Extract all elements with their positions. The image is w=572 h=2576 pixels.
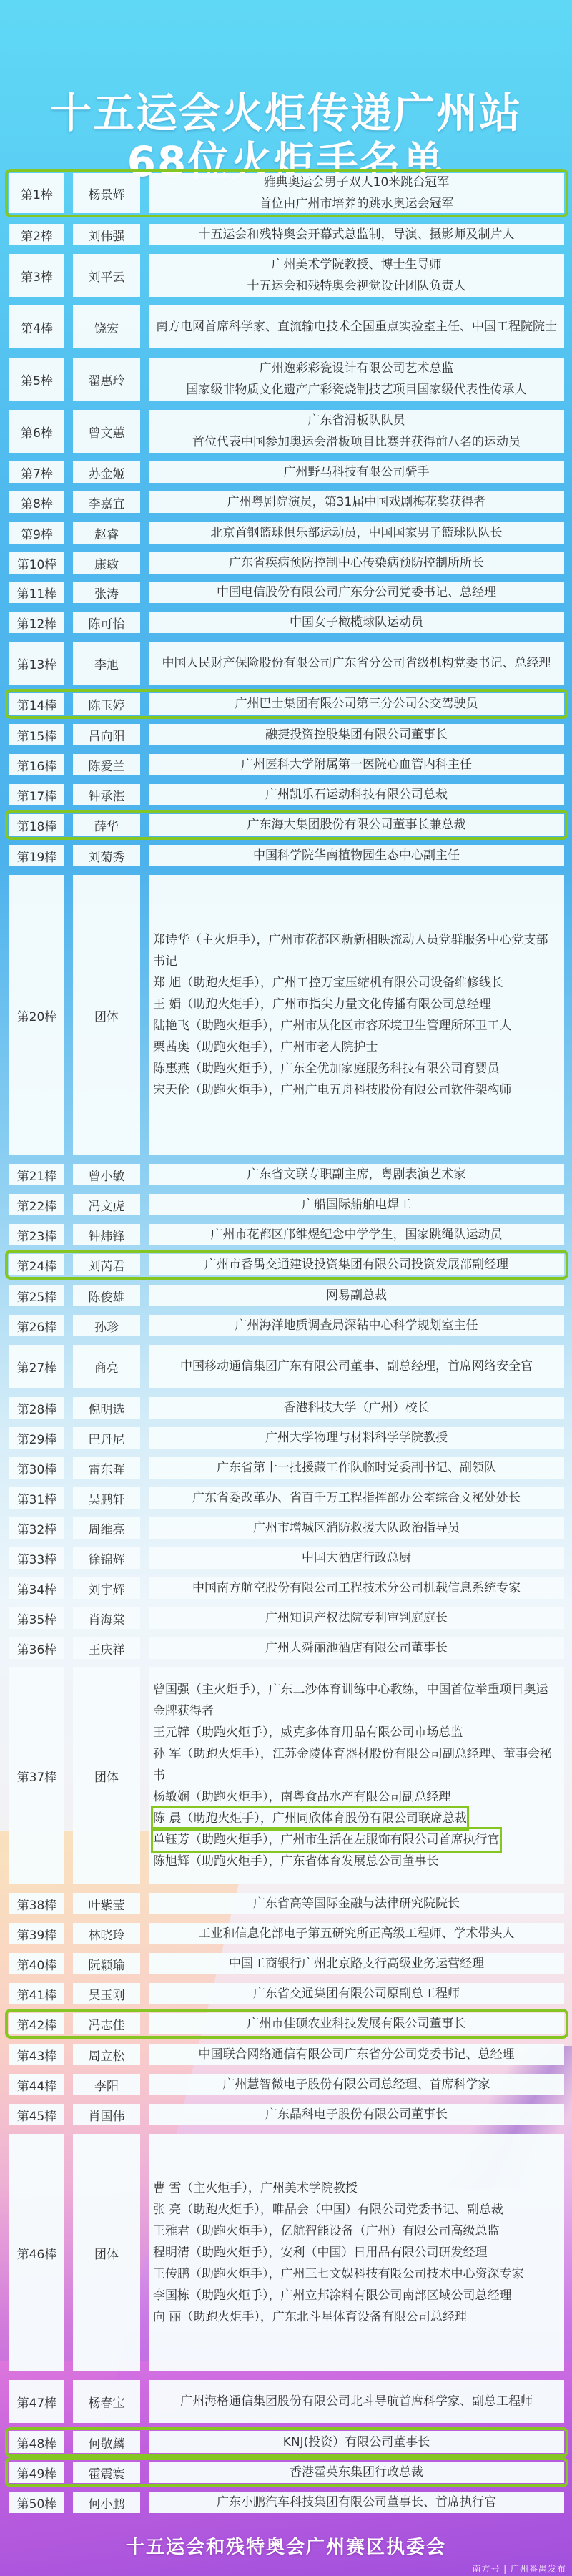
torchbearer-title: 中国女子橄榄球队运动员 bbox=[149, 612, 564, 633]
torchbearer-name: 吴鹏轩 bbox=[73, 1487, 140, 1509]
relay-number: 第18棒 bbox=[9, 814, 64, 836]
torchbearer-name: 孙珍 bbox=[73, 1315, 140, 1336]
title-line: 广州粤剧院演员，第31届中国戏剧梅花奖获得者 bbox=[227, 491, 486, 513]
title-line: 中国女子橄榄球队运动员 bbox=[290, 612, 423, 633]
torchbearer-name: 倪明选 bbox=[73, 1397, 140, 1419]
torchbearer-title: 广州粤剧院演员，第31届中国戏剧梅花奖获得者 bbox=[149, 491, 564, 513]
table-row: 第10棒康敏广东省疾病预防控制中心传染病预防控制所所长 bbox=[9, 552, 564, 574]
title-line: 国家级非物质文化遗产广彩瓷烧制技艺项目国家级代表性传承人 bbox=[187, 379, 527, 401]
title-line: 网易副总裁 bbox=[326, 1285, 387, 1306]
team-members: 曾国强（主火炬手），广东二沙体育训练中心教练，中国首位举重项目奥运金牌获得者王元… bbox=[149, 1667, 564, 1884]
table-row: 第31棒吴鹏轩广东省委改革办、省百千万工程指挥部办公室综合文秘处处长 bbox=[9, 1487, 564, 1509]
title-line: 广州医科大学附属第一医院心血管内科主任 bbox=[241, 754, 472, 775]
table-row: 第21棒曾小敏广东省文联专职副主席，粤剧表演艺术家 bbox=[9, 1164, 564, 1185]
torchbearer-name: 冯文虎 bbox=[73, 1194, 140, 1215]
torchbearer-name: 冯志佳 bbox=[73, 2013, 140, 2034]
table-row: 第17棒钟承湛广州凯乐石运动科技有限公司总裁 bbox=[9, 784, 564, 805]
relay-number: 第23棒 bbox=[9, 1224, 64, 1245]
team-member: 栗茜奥（助跑火炬手），广州市老人院护士 bbox=[153, 1037, 378, 1058]
relay-number: 第37棒 bbox=[9, 1667, 64, 1884]
team-member: 郑诗华（主火炬手），广州市花都区新新相映流动人员党群服务中心党支部书记 bbox=[153, 929, 560, 972]
table-row: 第18棒薛华广东海大集团股份有限公司董事长兼总裁 bbox=[9, 814, 564, 836]
relay-number: 第9棒 bbox=[9, 522, 64, 544]
torchbearer-title: 广东省文联专职副主席，粤剧表演艺术家 bbox=[149, 1164, 564, 1185]
table-row: 第45棒肖国伟广东晶科电子股份有限公司董事长 bbox=[9, 2104, 564, 2125]
torchbearer-title: 广东晶科电子股份有限公司董事长 bbox=[149, 2104, 564, 2125]
torchbearer-name: 团体 bbox=[73, 2134, 140, 2371]
title-line: 中国科学院华南植物园生态中心副主任 bbox=[253, 845, 460, 866]
table-row: 第46棒团体曹 雪（主火炬手），广州美术学院教授张 亮（助跑火炬手），唯品会（中… bbox=[9, 2134, 564, 2371]
team-member: 郑 旭（助跑火炬手），广州工控万宝压缩机有限公司设备维修线长 bbox=[153, 972, 503, 994]
relay-number: 第21棒 bbox=[9, 1164, 64, 1185]
table-row: 第8棒李嘉宜广州粤剧院演员，第31届中国戏剧梅花奖获得者 bbox=[9, 491, 564, 513]
torchbearer-name: 曾小敏 bbox=[73, 1164, 140, 1185]
title-line: 中国移动通信集团广东有限公司董事、副总经理，首席网络安全官 bbox=[180, 1356, 533, 1377]
relay-number: 第42棒 bbox=[9, 2013, 64, 2034]
table-row: 第11棒张涛中国电信股份有限公司广东分公司党委书记、总经理 bbox=[9, 582, 564, 603]
torchbearer-title: 中国科学院华南植物园生态中心副主任 bbox=[149, 845, 564, 866]
relay-number: 第50棒 bbox=[9, 2492, 64, 2513]
table-row: 第37棒团体曾国强（主火炬手），广东二沙体育训练中心教练，中国首位举重项目奥运金… bbox=[9, 1667, 564, 1884]
relay-number: 第25棒 bbox=[9, 1285, 64, 1306]
torchbearer-name: 杨春宝 bbox=[73, 2380, 140, 2423]
torchbearer-name: 王庆祥 bbox=[73, 1637, 140, 1659]
torchbearer-title: 中国南方航空股份有限公司工程技术分公司机载信息系统专家 bbox=[149, 1577, 564, 1599]
title-line: 广州凯乐石运动科技有限公司总裁 bbox=[265, 784, 448, 805]
torchbearer-title: 网易副总裁 bbox=[149, 1285, 564, 1306]
table-row: 第47棒杨春宝广州海格通信集团股份有限公司北斗导航首席科学家、副总工程师 bbox=[9, 2380, 564, 2423]
torchbearer-title: 十五运会和残特奥会开幕式总监制，导演、摄影师及制片人 bbox=[149, 224, 564, 245]
torchbearer-name: 李阳 bbox=[73, 2074, 140, 2095]
relay-number: 第19棒 bbox=[9, 845, 64, 866]
title-line: 广州海洋地质调查局深钻中心科学规划室主任 bbox=[235, 1315, 478, 1336]
torchbearer-title: 广州市花都区邝维煜纪念中学学生，国家跳绳队运动员 bbox=[149, 1224, 564, 1245]
torchbearer-title: 雅典奥运会男子双人10米跳台冠军首位由广州市培养的跳水奥运会冠军 bbox=[149, 173, 564, 213]
torchbearer-title: 广东省高等国际金融与法律研究院院长 bbox=[149, 1893, 564, 1914]
torchbearer-name: 刘伟强 bbox=[73, 224, 140, 245]
torchbearer-name: 团体 bbox=[73, 875, 140, 1155]
title-line: 广东省疾病预防控制中心传染病预防控制所所长 bbox=[229, 552, 484, 574]
torchbearer-name: 雷东晖 bbox=[73, 1457, 140, 1479]
team-member: 李国栋（助跑火炬手），广州立邦涂料有限公司南部区域公司总经理 bbox=[153, 2285, 512, 2306]
torchbearer-name: 吴玉刚 bbox=[73, 1983, 140, 2004]
torchbearer-title: 广州野马科技有限公司骑手 bbox=[149, 461, 564, 483]
title-line: 首位代表中国参加奥运会滑板项目比赛并获得前八名的运动员 bbox=[192, 431, 521, 453]
title-line: 广州市番禺交通建设投资集团有限公司投资发展部副经理 bbox=[204, 1254, 508, 1275]
table-row: 第32棒周维亮广州市增城区消防救援大队政治指导员 bbox=[9, 1517, 564, 1539]
title-line: 中国人民财产保险股份有限公司广东省分公司省级机构党委书记、总经理 bbox=[162, 652, 551, 674]
relay-number: 第16棒 bbox=[9, 754, 64, 775]
title-line: 广东海大集团股份有限公司董事长兼总裁 bbox=[247, 814, 466, 836]
relay-number: 第5棒 bbox=[9, 358, 64, 401]
torchbearer-name: 钟炜锋 bbox=[73, 1224, 140, 1245]
torchbearer-name: 陈爱兰 bbox=[73, 754, 140, 775]
title-line: 十五运会和残特奥会开幕式总监制，导演、摄影师及制片人 bbox=[199, 224, 515, 245]
title-line: 香港科技大学（广州）校长 bbox=[284, 1397, 430, 1419]
table-row: 第22棒冯文虎广船国际船舶电焊工 bbox=[9, 1194, 564, 1215]
table-row: 第44棒李阳广州慧智微电子股份有限公司总经理、首席科学家 bbox=[9, 2074, 564, 2095]
torchbearer-name: 团体 bbox=[73, 1667, 140, 1884]
torchbearer-title: 香港霍英东集团行政总裁 bbox=[149, 2462, 564, 2483]
relay-number: 第6棒 bbox=[9, 410, 64, 453]
team-member: 陈惠燕（助跑火炬手），广东全优加家庭服务科技有限公司育婴员 bbox=[153, 1058, 500, 1079]
torchbearer-title: 广东小鹏汽车科技集团有限公司董事长、首席执行官 bbox=[149, 2492, 564, 2513]
relay-number: 第41棒 bbox=[9, 1983, 64, 2004]
torchbearer-title: 工业和信息化部电子第五研究所正高级工程师、学术带头人 bbox=[149, 1923, 564, 1944]
table-row: 第27棒商亮中国移动通信集团广东有限公司董事、副总经理，首席网络安全官 bbox=[9, 1345, 564, 1388]
relay-number: 第3棒 bbox=[9, 254, 64, 297]
relay-number: 第40棒 bbox=[9, 1953, 64, 1974]
relay-number: 第2棒 bbox=[9, 224, 64, 245]
torchbearer-name: 霍震寰 bbox=[73, 2462, 140, 2483]
title-line: 工业和信息化部电子第五研究所正高级工程师、学术带头人 bbox=[199, 1923, 515, 1944]
torchbearer-name: 何小鹏 bbox=[73, 2492, 140, 2513]
team-members: 郑诗华（主火炬手），广州市花都区新新相映流动人员党群服务中心党支部书记郑 旭（助… bbox=[149, 875, 564, 1155]
torchbearer-name: 刘平云 bbox=[73, 254, 140, 297]
relay-number: 第34棒 bbox=[9, 1577, 64, 1599]
torchbearer-title: 广州海格通信集团股份有限公司北斗导航首席科学家、副总工程师 bbox=[149, 2380, 564, 2423]
team-member: 王 娟（助跑火炬手），广州市指尖力量文化传播有限公司总经理 bbox=[153, 994, 491, 1015]
torchbearer-name: 周立松 bbox=[73, 2044, 140, 2065]
title-line: 中国大酒店行政总厨 bbox=[302, 1547, 411, 1569]
relay-number: 第4棒 bbox=[9, 305, 64, 348]
torchbearer-title: 广州巴士集团有限公司第三分公司公交驾驶员 bbox=[149, 693, 564, 715]
table-row: 第3棒刘平云广州美术学院教授、博士生导师十五运会和残特奥会视觉设计团队负责人 bbox=[9, 254, 564, 297]
table-row: 第36棒王庆祥广州大舜丽池酒店有限公司董事长 bbox=[9, 1637, 564, 1659]
title-line: 广东省第十一批援藏工作队临时党委副书记、副领队 bbox=[217, 1457, 496, 1479]
relay-number: 第48棒 bbox=[9, 2431, 64, 2453]
torchbearer-name: 林晓玲 bbox=[73, 1923, 140, 1944]
torchbearer-name: 吕向阳 bbox=[73, 724, 140, 745]
relay-number: 第39棒 bbox=[9, 1923, 64, 1944]
torchbearer-title: 融捷投资控股集团有限公司董事长 bbox=[149, 724, 564, 745]
torchbearer-name: 苏金姬 bbox=[73, 461, 140, 483]
relay-number: 第29棒 bbox=[9, 1427, 64, 1449]
table-row: 第9棒赵睿北京首钢篮球俱乐部运动员，中国国家男子篮球队队长 bbox=[9, 522, 564, 544]
title-line: 北京首钢篮球俱乐部运动员，中国国家男子篮球队队长 bbox=[211, 522, 503, 544]
title-line: 中国工商银行广州北京路支行高级业务运营经理 bbox=[229, 1953, 484, 1974]
torchbearer-name: 钟承湛 bbox=[73, 784, 140, 805]
relay-number: 第30棒 bbox=[9, 1457, 64, 1479]
table-row: 第50棒何小鹏广东小鹏汽车科技集团有限公司董事长、首席执行官 bbox=[9, 2492, 564, 2513]
relay-number: 第20棒 bbox=[9, 875, 64, 1155]
table-row: 第15棒吕向阳融捷投资控股集团有限公司董事长 bbox=[9, 724, 564, 745]
team-member: 王传鹏（助跑火炬手），广州三七文娱科技有限公司技术中心资深专家 bbox=[153, 2263, 524, 2285]
torchbearer-name: 周维亮 bbox=[73, 1517, 140, 1539]
table-row: 第1棒杨景辉雅典奥运会男子双人10米跳台冠军首位由广州市培养的跳水奥运会冠军 bbox=[9, 173, 564, 213]
title-line: 广州知识产权法院专利审判庭庭长 bbox=[265, 1607, 448, 1629]
title-line: 广州海格通信集团股份有限公司北斗导航首席科学家、副总工程师 bbox=[180, 2391, 533, 2412]
relay-number: 第31棒 bbox=[9, 1487, 64, 1509]
torchbearer-title: 广东海大集团股份有限公司董事长兼总裁 bbox=[149, 814, 564, 836]
torchbearer-title: 中国大酒店行政总厨 bbox=[149, 1547, 564, 1569]
relay-number: 第44棒 bbox=[9, 2074, 64, 2095]
torchbearer-title: KNJ(投资）有限公司董事长 bbox=[149, 2431, 564, 2453]
team-member: 陈旭辉（助跑火炬手），广东省体育发展总公司董事长 bbox=[153, 1851, 439, 1872]
team-member: 向 丽（助跑火炬手），广东北斗星体育设备有限公司总经理 bbox=[153, 2306, 467, 2328]
title-line: 广州市增城区消防救援大队政治指导员 bbox=[253, 1517, 460, 1539]
relay-number: 第28棒 bbox=[9, 1397, 64, 1419]
torchbearer-title: 广州逸彩彩瓷设计有限公司艺术总监国家级非物质文化遗产广彩瓷烧制技艺项目国家级代表… bbox=[149, 358, 564, 401]
organizer-footer: 十五运会和残特奥会广州赛区执委会 bbox=[0, 2532, 572, 2559]
team-member: 陆艳飞（助跑火炬手），广州市从化区市容环境卫生管理所环卫工人 bbox=[153, 1015, 512, 1037]
table-row: 第38棒叶紫莹广东省高等国际金融与法律研究院院长 bbox=[9, 1893, 564, 1914]
torchbearer-name: 李旭 bbox=[73, 642, 140, 685]
torchbearer-title: 广州海洋地质调查局深钻中心科学规划室主任 bbox=[149, 1315, 564, 1336]
torchbearer-title: 广州大舜丽池酒店有限公司董事长 bbox=[149, 1637, 564, 1659]
table-row: 第29棒巴丹尼广州大学物理与材料科学学院教授 bbox=[9, 1427, 564, 1449]
torchbearer-name: 刘宇辉 bbox=[73, 1577, 140, 1599]
relay-number: 第14棒 bbox=[9, 693, 64, 715]
torchbearer-name: 刘芮君 bbox=[73, 1254, 140, 1275]
relay-number: 第17棒 bbox=[9, 784, 64, 805]
title-line: 广州野马科技有限公司骑手 bbox=[284, 461, 430, 483]
torchbearer-title: 广州美术学院教授、博士生导师十五运会和残特奥会视觉设计团队负责人 bbox=[149, 254, 564, 297]
team-member: 曹 雪（主火炬手），广州美术学院教授 bbox=[153, 2178, 357, 2199]
team-member: 曾国强（主火炬手），广东二沙体育训练中心教练，中国首位举重项目奥运金牌获得者 bbox=[153, 1679, 560, 1722]
table-row: 第20棒团体郑诗华（主火炬手），广州市花都区新新相映流动人员党群服务中心党支部书… bbox=[9, 875, 564, 1155]
title-line: 中国南方航空股份有限公司工程技术分公司机载信息系统专家 bbox=[192, 1577, 521, 1599]
torchbearer-name: 巴丹尼 bbox=[73, 1427, 140, 1449]
torchbearer-title: 中国联合网络通信有限公司广东省分公司党委书记、总经理 bbox=[149, 2044, 564, 2065]
title-line: 广东省文联专职副主席，粤剧表演艺术家 bbox=[247, 1164, 466, 1185]
torchbearer-name: 薛华 bbox=[73, 814, 140, 836]
relay-number: 第1棒 bbox=[9, 173, 64, 213]
title-line: 雅典奥运会男子双人10米跳台冠军 bbox=[264, 172, 450, 193]
title-line: 香港霍英东集团行政总裁 bbox=[290, 2462, 423, 2483]
table-row: 第40棒阮颖瑜中国工商银行广州北京路支行高级业务运营经理 bbox=[9, 1953, 564, 1974]
torchbearer-name: 李嘉宜 bbox=[73, 491, 140, 513]
team-members: 曹 雪（主火炬手），广州美术学院教授张 亮（助跑火炬手），唯品会（中国）有限公司… bbox=[149, 2134, 564, 2371]
table-row: 第49棒霍震寰香港霍英东集团行政总裁 bbox=[9, 2462, 564, 2483]
torchbearer-title: 广州慧智微电子股份有限公司总经理、首席科学家 bbox=[149, 2074, 564, 2095]
torchbearer-title: 广州市佳硕农业科技发展有限公司董事长 bbox=[149, 2013, 564, 2034]
torchbearer-name: 刘菊秀 bbox=[73, 845, 140, 866]
team-member: 张 亮（助跑火炬手），唯品会（中国）有限公司党委书记、副总裁 bbox=[153, 2199, 503, 2220]
table-row: 第12棒陈可怡中国女子橄榄球队运动员 bbox=[9, 612, 564, 633]
torchbearer-name: 何敬麟 bbox=[73, 2431, 140, 2453]
title-line: 广州逸彩彩瓷设计有限公司艺术总监 bbox=[260, 358, 454, 379]
relay-number: 第8棒 bbox=[9, 491, 64, 513]
torchbearer-title: 广州市增城区消防救援大队政治指导员 bbox=[149, 1517, 564, 1539]
title-line: 广东省委改革办、省百千万工程指挥部办公室综合文秘处处长 bbox=[192, 1487, 521, 1509]
torchbearer-title: 中国移动通信集团广东有限公司董事、副总经理，首席网络安全官 bbox=[149, 1345, 564, 1388]
table-row: 第30棒雷东晖广东省第十一批援藏工作队临时党委副书记、副领队 bbox=[9, 1457, 564, 1479]
relay-number: 第27棒 bbox=[9, 1345, 64, 1388]
torchbearer-title: 广东省交通集团有限公司原副总工程师 bbox=[149, 1983, 564, 2004]
table-row: 第25棒陈俊雄网易副总裁 bbox=[9, 1285, 564, 1306]
torchbearer-title: 中国电信股份有限公司广东分公司党委书记、总经理 bbox=[149, 582, 564, 603]
table-row: 第4棒饶宏南方电网首席科学家、直流输电技术全国重点实验室主任、中国工程院院士 bbox=[9, 305, 564, 348]
table-row: 第26棒孙珍广州海洋地质调查局深钻中心科学规划室主任 bbox=[9, 1315, 564, 1336]
table-row: 第14棒陈玉婷广州巴士集团有限公司第三分公司公交驾驶员 bbox=[9, 693, 564, 715]
relay-number: 第49棒 bbox=[9, 2462, 64, 2483]
table-row: 第5棒翟惠玲广州逸彩彩瓷设计有限公司艺术总监国家级非物质文化遗产广彩瓷烧制技艺项… bbox=[9, 358, 564, 401]
torchbearer-title: 北京首钢篮球俱乐部运动员，中国国家男子篮球队队长 bbox=[149, 522, 564, 544]
table-row: 第42棒冯志佳广州市佳硕农业科技发展有限公司董事长 bbox=[9, 2013, 564, 2034]
table-row: 第24棒刘芮君广州市番禺交通建设投资集团有限公司投资发展部副经理 bbox=[9, 1254, 564, 1275]
title-line: 广东省高等国际金融与法律研究院院长 bbox=[253, 1893, 460, 1914]
table-row: 第19棒刘菊秀中国科学院华南植物园生态中心副主任 bbox=[9, 845, 564, 866]
table-row: 第39棒林晓玲工业和信息化部电子第五研究所正高级工程师、学术带头人 bbox=[9, 1923, 564, 1944]
torchbearer-name: 康敏 bbox=[73, 552, 140, 574]
title-line: 广州巴士集团有限公司第三分公司公交驾驶员 bbox=[235, 693, 478, 715]
team-member: 孙 军（助跑火炬手），江苏金陵体育器材股份有限公司副总经理、董事会秘书 bbox=[153, 1743, 560, 1786]
relay-number: 第45棒 bbox=[9, 2104, 64, 2125]
title-line: 南方电网首席科学家、直流输电技术全国重点实验室主任、中国工程院院士 bbox=[156, 316, 557, 338]
torchbearer-name: 肖国伟 bbox=[73, 2104, 140, 2125]
torchbearer-name: 叶紫莹 bbox=[73, 1893, 140, 1914]
relay-number: 第43棒 bbox=[9, 2044, 64, 2065]
title-line: 中国电信股份有限公司广东分公司党委书记、总经理 bbox=[217, 582, 496, 603]
relay-number: 第26棒 bbox=[9, 1315, 64, 1336]
team-member: 单钰芳（助跑火炬手），广州市生活在左服饰有限公司首席执行官 bbox=[153, 1829, 500, 1851]
table-row: 第7棒苏金姬广州野马科技有限公司骑手 bbox=[9, 461, 564, 483]
torchbearer-name: 翟惠玲 bbox=[73, 358, 140, 401]
torchbearer-title: 广州医科大学附属第一医院心血管内科主任 bbox=[149, 754, 564, 775]
torchbearer-title: 中国人民财产保险股份有限公司广东省分公司省级机构党委书记、总经理 bbox=[149, 642, 564, 685]
title-line: 广州市花都区邝维煜纪念中学学生，国家跳绳队运动员 bbox=[211, 1224, 503, 1245]
torchbearer-title: 广州市番禺交通建设投资集团有限公司投资发展部副经理 bbox=[149, 1254, 564, 1275]
team-member: 王雅君（助跑火炬手），亿航智能设备（广州）有限公司高级总监 bbox=[153, 2220, 500, 2242]
torchbearer-title: 南方电网首席科学家、直流输电技术全国重点实验室主任、中国工程院院士 bbox=[149, 305, 564, 348]
relay-number: 第22棒 bbox=[9, 1194, 64, 1215]
title-line: 广东省交通集团有限公司原副总工程师 bbox=[253, 1983, 460, 2004]
torchbearer-title: 广东省委改革办、省百千万工程指挥部办公室综合文秘处处长 bbox=[149, 1487, 564, 1509]
title-line: 广州美术学院教授、博士生导师 bbox=[272, 254, 442, 275]
torchbearer-title: 广东省滑板队队员首位代表中国参加奥运会滑板项目比赛并获得前八名的运动员 bbox=[149, 410, 564, 453]
relay-number: 第15棒 bbox=[9, 724, 64, 745]
table-row: 第35棒肖海棠广州知识产权法院专利审判庭庭长 bbox=[9, 1607, 564, 1629]
title-line: 首位由广州市培养的跳水奥运会冠军 bbox=[260, 193, 454, 215]
team-member: 程明清（助跑火炬手），安利（中国）日用品有限公司研发经理 bbox=[153, 2242, 488, 2263]
table-row: 第23棒钟炜锋广州市花都区邝维煜纪念中学学生，国家跳绳队运动员 bbox=[9, 1224, 564, 1245]
table-row: 第43棒周立松中国联合网络通信有限公司广东省分公司党委书记、总经理 bbox=[9, 2044, 564, 2065]
relay-number: 第13棒 bbox=[9, 642, 64, 685]
title-line: 广船国际船舶电焊工 bbox=[302, 1194, 411, 1215]
torchbearer-name: 饶宏 bbox=[73, 305, 140, 348]
title-line: 广州大学物理与材料科学学院教授 bbox=[265, 1427, 448, 1449]
torchbearer-title: 广州凯乐石运动科技有限公司总裁 bbox=[149, 784, 564, 805]
title-line: 十五运会和残特奥会视觉设计团队负责人 bbox=[247, 275, 466, 297]
table-row: 第6棒曾文蕙广东省滑板队队员首位代表中国参加奥运会滑板项目比赛并获得前八名的运动… bbox=[9, 410, 564, 453]
torchbearer-name: 张涛 bbox=[73, 582, 140, 603]
torchbearer-title: 广州知识产权法院专利审判庭庭长 bbox=[149, 1607, 564, 1629]
title-line: 广东省滑板队队员 bbox=[308, 410, 405, 431]
torchbearer-name: 徐锦辉 bbox=[73, 1547, 140, 1569]
relay-number: 第12棒 bbox=[9, 612, 64, 633]
table-row: 第41棒吴玉刚广东省交通集团有限公司原副总工程师 bbox=[9, 1983, 564, 2004]
title-line: 广州慧智微电子股份有限公司总经理、首席科学家 bbox=[223, 2074, 490, 2095]
title-line: 广东晶科电子股份有限公司董事长 bbox=[265, 2104, 448, 2125]
relay-number: 第47棒 bbox=[9, 2380, 64, 2423]
relay-number: 第11棒 bbox=[9, 582, 64, 603]
title-line: 广州市佳硕农业科技发展有限公司董事长 bbox=[247, 2013, 466, 2034]
torchbearer-title: 广东省疾病预防控制中心传染病预防控制所所长 bbox=[149, 552, 564, 574]
title-line: 广东小鹏汽车科技集团有限公司董事长、首席执行官 bbox=[217, 2492, 496, 2513]
torchbearer-name: 陈玉婷 bbox=[73, 693, 140, 715]
title-line: 融捷投资控股集团有限公司董事长 bbox=[265, 724, 448, 745]
table-row: 第2棒刘伟强十五运会和残特奥会开幕式总监制，导演、摄影师及制片人 bbox=[9, 224, 564, 245]
torchbearer-name: 肖海棠 bbox=[73, 1607, 140, 1629]
title-line: 广州大舜丽池酒店有限公司董事长 bbox=[265, 1637, 448, 1659]
relay-number: 第35棒 bbox=[9, 1607, 64, 1629]
team-member: 王元韡（助跑火炬手），威克多体育用品有限公司市场总监 bbox=[153, 1722, 463, 1743]
torchbearer-name: 陈俊雄 bbox=[73, 1285, 140, 1306]
torchbearer-name: 商亮 bbox=[73, 1345, 140, 1388]
relay-number: 第46棒 bbox=[9, 2134, 64, 2371]
torchbearer-name: 赵睿 bbox=[73, 522, 140, 544]
team-member: 陈 晨（助跑火炬手），广州同欣体育股份有限公司联席总裁 bbox=[153, 1808, 467, 1829]
title-line: 中国联合网络通信有限公司广东省分公司党委书记、总经理 bbox=[199, 2044, 515, 2065]
torchbearer-name: 阮颖瑜 bbox=[73, 1953, 140, 1974]
relay-number: 第7棒 bbox=[9, 461, 64, 483]
torchbearer-name: 杨景辉 bbox=[73, 173, 140, 213]
table-row: 第13棒李旭中国人民财产保险股份有限公司广东省分公司省级机构党委书记、总经理 bbox=[9, 642, 564, 685]
relay-number: 第24棒 bbox=[9, 1254, 64, 1275]
relay-number: 第10棒 bbox=[9, 552, 64, 574]
torchbearer-name: 曾文蕙 bbox=[73, 410, 140, 453]
torchbearer-title: 中国工商银行广州北京路支行高级业务运营经理 bbox=[149, 1953, 564, 1974]
table-row: 第28棒倪明选香港科技大学（广州）校长 bbox=[9, 1397, 564, 1419]
relay-number: 第36棒 bbox=[9, 1637, 64, 1659]
relay-number: 第32棒 bbox=[9, 1517, 64, 1539]
torchbearer-title: 香港科技大学（广州）校长 bbox=[149, 1397, 564, 1419]
team-member: 宋天伦（助跑火炬手），广州广电五舟科技股份有限公司软件架构师 bbox=[153, 1079, 512, 1101]
relay-number: 第38棒 bbox=[9, 1893, 64, 1914]
team-member: 杨敏娴（助跑火炬手），南粤食品水产有限公司副总经理 bbox=[153, 1786, 451, 1808]
torchbearer-title: 广东省第十一批援藏工作队临时党委副书记、副领队 bbox=[149, 1457, 564, 1479]
torchbearer-name: 陈可怡 bbox=[73, 612, 140, 633]
table-row: 第16棒陈爱兰广州医科大学附属第一医院心血管内科主任 bbox=[9, 754, 564, 775]
relay-number: 第33棒 bbox=[9, 1547, 64, 1569]
table-row: 第34棒刘宇辉中国南方航空股份有限公司工程技术分公司机载信息系统专家 bbox=[9, 1577, 564, 1599]
torchbearer-title: 广船国际船舶电焊工 bbox=[149, 1194, 564, 1215]
table-row: 第48棒何敬麟KNJ(投资）有限公司董事长 bbox=[9, 2431, 564, 2453]
title-line: KNJ(投资）有限公司董事长 bbox=[283, 2431, 430, 2453]
torchbearer-title: 广州大学物理与材料科学学院教授 bbox=[149, 1427, 564, 1449]
source-watermark: 南方号 | 广州番禺发布 bbox=[472, 2562, 566, 2575]
table-row: 第33棒徐锦辉中国大酒店行政总厨 bbox=[9, 1547, 564, 1569]
